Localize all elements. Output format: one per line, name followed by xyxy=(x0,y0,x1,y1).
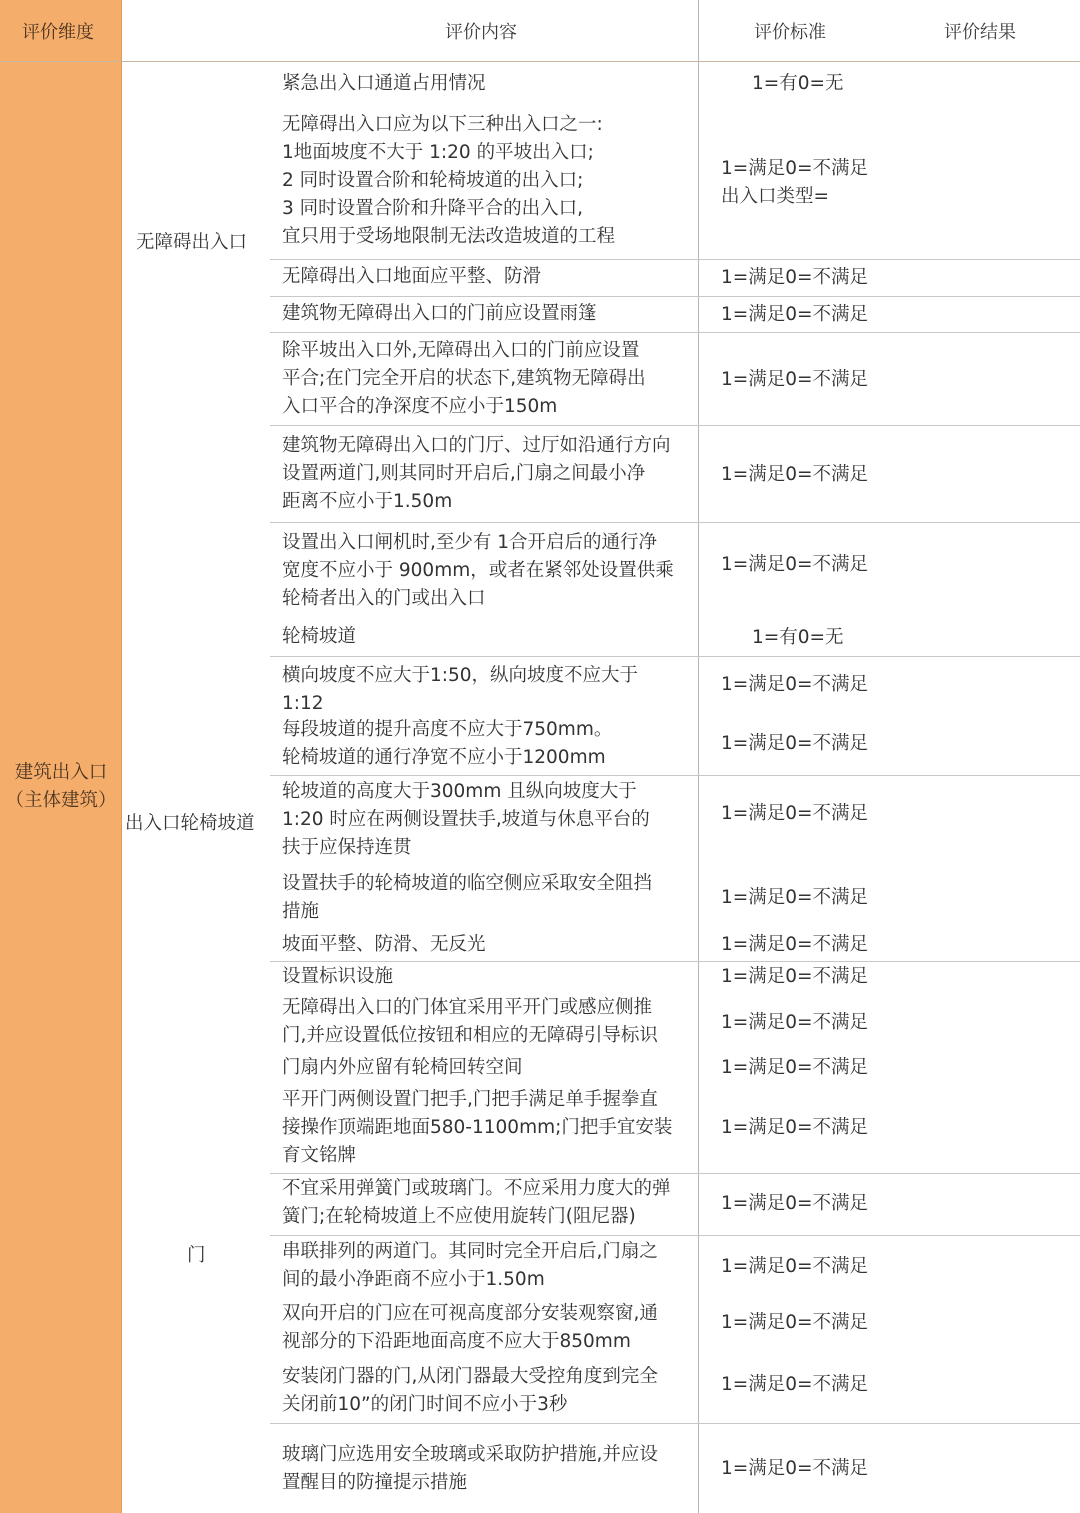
row-standard: 1=满足0=不满足 xyxy=(721,1371,868,1399)
header-content: 评价内容 xyxy=(445,18,517,44)
dimension-label-line1: 建筑出入口 xyxy=(0,759,122,787)
row-content: 设置出入口闸机时,至少有 1合开启后的通行净 宽度不应小于 900mm，或者在紧… xyxy=(282,529,674,613)
row-standard: 1=满足0=不满足 xyxy=(721,671,868,699)
header-result: 评价结果 xyxy=(944,18,1016,44)
row-content: 坡面平整、防滑、无反光 xyxy=(282,931,486,959)
row-standard: 1=有0=无 xyxy=(752,70,844,98)
row-standard: 1=满足0=不满足 xyxy=(721,264,868,292)
row-content: 无障碍出入口地面应平整、防滑 xyxy=(282,263,541,291)
section-label-accessible-entrance: 无障碍出入口 xyxy=(136,228,247,254)
row-divider xyxy=(270,332,1080,333)
header-standard: 评价标准 xyxy=(754,18,826,44)
row-divider xyxy=(270,1423,1080,1424)
row-content: 横向坡度不应大于1:50，纵向坡度不应大于 1:12 xyxy=(282,662,638,718)
row-content: 除平坡出入口外,无障碍出入口的门前应设置 平合;在门完全开启的状态下,建筑物无障… xyxy=(282,337,646,421)
row-content: 轮椅坡道 xyxy=(282,623,356,651)
row-divider xyxy=(270,1173,1080,1174)
row-content: 轮坡道的高度大于300mm 且纵向坡度大于 1:20 时应在两侧设置扶手,坡道与… xyxy=(282,778,650,862)
column-divider xyxy=(698,0,699,1513)
row-content: 平开门两侧设置门把手,门把手满足单手握拳直 接操作顶端距地面580-1100mm… xyxy=(282,1086,672,1170)
row-divider xyxy=(270,775,1080,776)
row-divider xyxy=(270,1235,1080,1236)
row-content: 设置标识设施 xyxy=(282,963,393,991)
section-label-door: 门 xyxy=(187,1241,206,1267)
row-divider xyxy=(270,522,1080,523)
row-standard: 1=满足0=不满足 xyxy=(721,551,868,579)
row-standard: 1=满足0=不满足 出入口类型= xyxy=(721,155,868,211)
row-standard: 1=满足0=不满足 xyxy=(721,1190,868,1218)
row-content: 安装闭门器的门,从闭门器最大受控角度到完全 关闭前10”的闭门时间不应小于3秒 xyxy=(282,1363,658,1419)
row-standard: 1=满足0=不满足 xyxy=(721,1054,868,1082)
row-divider xyxy=(270,961,1080,962)
row-divider xyxy=(270,296,1080,297)
dimension-label-line2: （主体建筑） xyxy=(0,787,122,815)
row-standard: 1=满足0=不满足 xyxy=(721,884,868,912)
row-standard: 1=满足0=不满足 xyxy=(721,1253,868,1281)
row-standard: 1=有0=无 xyxy=(752,624,844,652)
row-standard: 1=满足0=不满足 xyxy=(721,1009,868,1037)
header-dimension: 评价维度 xyxy=(22,18,94,44)
row-standard: 1=满足0=不满足 xyxy=(721,800,868,828)
row-content: 双向开启的门应在可视高度部分安装观察窗,通 视部分的下沿距地面高度不应大于850… xyxy=(282,1300,658,1356)
row-content: 紧急出入口通道占用情况 xyxy=(282,70,486,98)
section-label-wheelchair-ramp: 出入口轮椅坡道 xyxy=(125,809,255,835)
row-content: 无障碍出入口的门体宜采用平开门或感应侧推 门,并应设置低位按钮和相应的无障碍引导… xyxy=(282,994,658,1050)
row-divider xyxy=(270,425,1080,426)
row-content: 每段坡道的提升高度不应大于750mm。 轮椅坡道的通行净宽不应小于1200mm xyxy=(282,716,612,772)
row-content: 建筑物无障碍出入口的门厅、过厅如沿通行方向 设置两道门,则其同时开启后,门扇之间… xyxy=(282,432,671,516)
row-standard: 1=满足0=不满足 xyxy=(721,1114,868,1142)
row-content: 不宜采用弹簧门或玻璃门。不应采用力度大的弹 簧门;在轮椅坡道上不应使用旋转门(阻… xyxy=(282,1175,671,1231)
row-divider xyxy=(270,656,1080,657)
row-standard: 1=满足0=不满足 xyxy=(721,730,868,758)
row-divider xyxy=(270,259,1080,260)
row-content: 无障碍出入口应为以下三种出入口之一: 1地面坡度不大于 1:20 的平坡出入口;… xyxy=(282,111,615,251)
row-standard: 1=满足0=不满足 xyxy=(721,1309,868,1337)
row-content: 串联排列的两道门。其同时完全开启后,门扇之 间的最小净距商不应小于1.50m xyxy=(282,1238,658,1294)
row-standard: 1=满足0=不满足 xyxy=(721,1455,868,1483)
row-standard: 1=满足0=不满足 xyxy=(721,963,868,991)
row-standard: 1=满足0=不满足 xyxy=(721,366,868,394)
row-content: 门扇内外应留有轮椅回转空间 xyxy=(282,1054,523,1082)
row-standard: 1=满足0=不满足 xyxy=(721,931,868,959)
row-standard: 1=满足0=不满足 xyxy=(721,301,868,329)
header-divider xyxy=(0,61,1080,62)
row-content: 玻璃门应选用安全玻璃或采取防护措施,并应设 置醒目的防撞提示措施 xyxy=(282,1441,658,1497)
row-content: 设置扶手的轮椅坡道的临空侧应采取安全阻挡 措施 xyxy=(282,870,652,926)
row-standard: 1=满足0=不满足 xyxy=(721,461,868,489)
row-content: 建筑物无障碍出入口的门前应设置雨篷 xyxy=(282,300,597,328)
dimension-column xyxy=(0,0,122,1513)
